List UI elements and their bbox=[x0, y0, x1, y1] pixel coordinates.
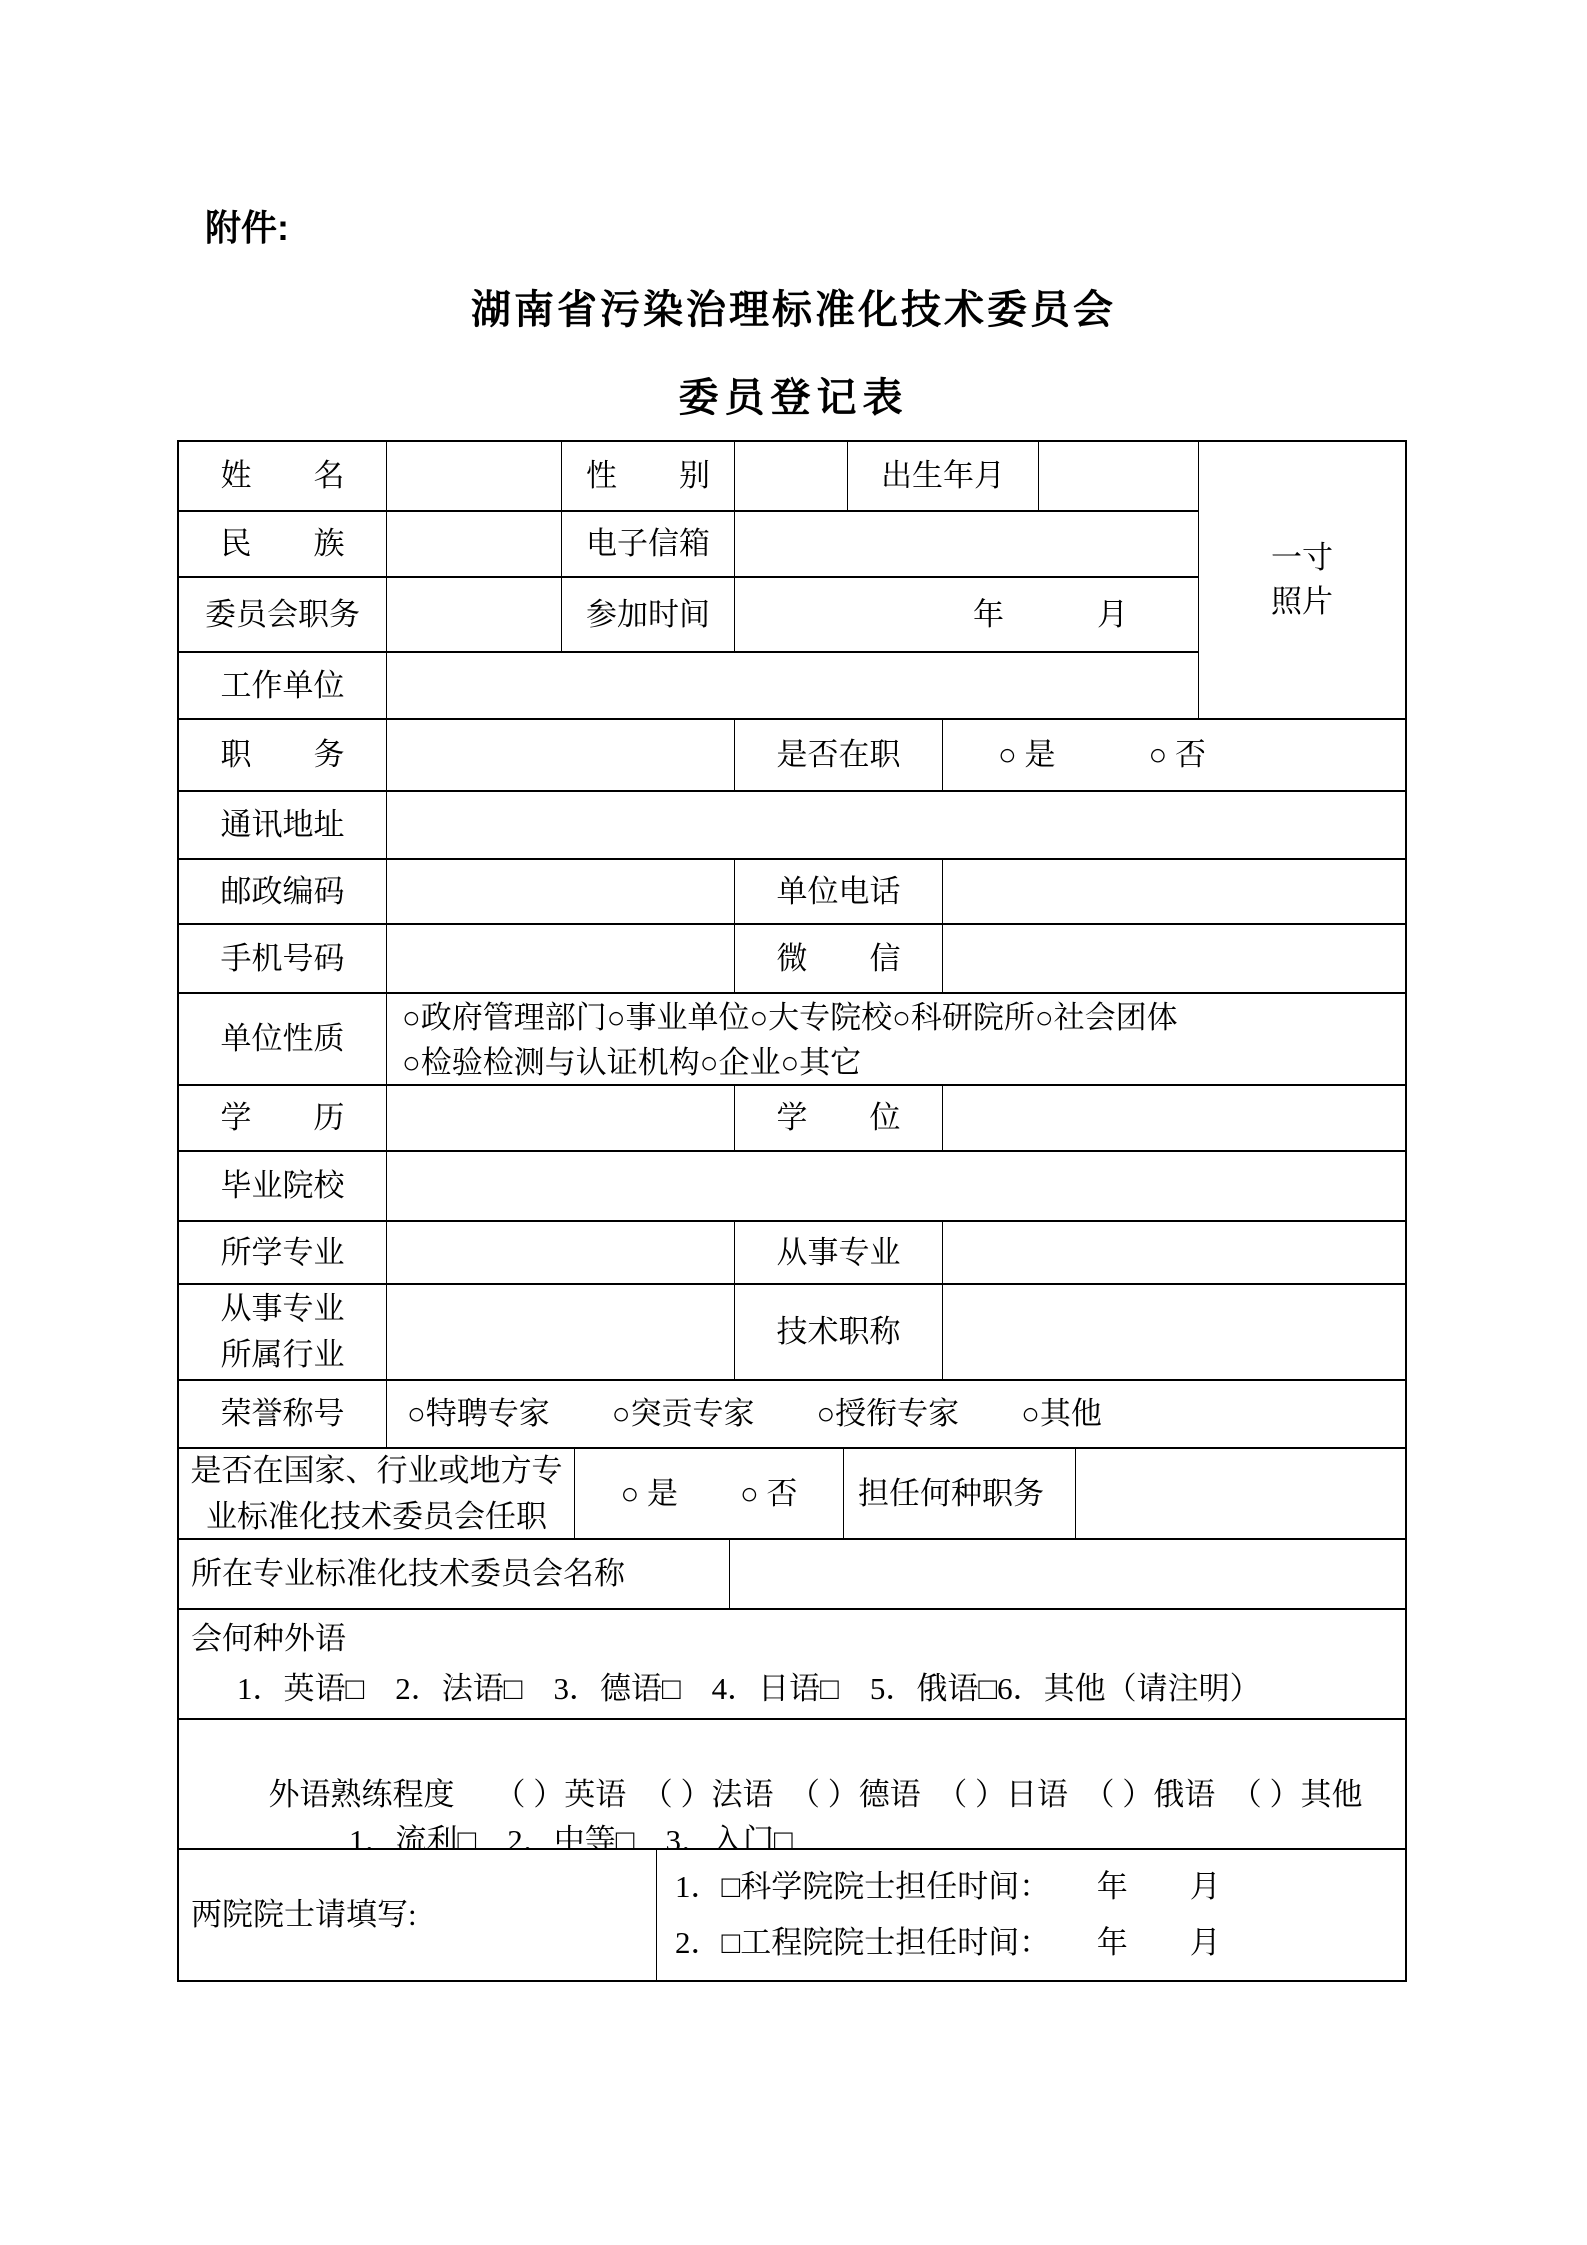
gender-value-cell bbox=[734, 442, 847, 510]
join-time-label: 参加时间 bbox=[561, 578, 734, 651]
table-row-academician: 两院院士请填写: 1．□科学院院士担任时间： 年 月 2．□工程院院士担任时间：… bbox=[179, 1850, 1405, 1980]
tc-post-value-cell bbox=[1075, 1449, 1405, 1538]
table-row-major: 所学专业 从事专业 bbox=[179, 1222, 1405, 1285]
top-left-rows: 姓 名 性 别 出生年月 民 族 电子信箱 委员会职务 参加时间 bbox=[179, 442, 1198, 718]
mobile-value-cell bbox=[386, 925, 734, 992]
table-row-honor: 荣誉称号 ○特聘专家 ○突贡专家 ○授衔专家 ○其他 bbox=[179, 1381, 1405, 1449]
degree-value-cell bbox=[942, 1086, 1405, 1150]
tc-post-label: 担任何种职务 bbox=[843, 1449, 1075, 1538]
ethnic-value-cell bbox=[386, 512, 561, 576]
table-row-education: 学 历 学 位 bbox=[179, 1086, 1405, 1152]
address-label: 通讯地址 bbox=[179, 792, 386, 858]
unit-type-label: 单位性质 bbox=[179, 994, 386, 1084]
postcode-label: 邮政编码 bbox=[179, 860, 386, 923]
proficiency-levels: 1．流利□ 2．中等□ 3．入门□ bbox=[179, 1816, 1405, 1848]
proficiency-options: （ ）英语 （ ）法语 （ ）德语 （ ）日语 （ ）俄语 （ ）其他 bbox=[495, 1777, 1363, 1812]
school-label: 毕业院校 bbox=[179, 1152, 386, 1220]
page-title: 湖南省污染治理标准化技术委员会 bbox=[0, 288, 1587, 332]
table-top-section: 姓 名 性 别 出生年月 民 族 电子信箱 委员会职务 参加时间 bbox=[179, 442, 1405, 720]
committee-post-value-cell bbox=[386, 578, 561, 651]
tc-member-label-line2: 业标准化技术委员会任职 bbox=[206, 1494, 547, 1539]
education-value-cell bbox=[386, 1086, 734, 1150]
photo-text-line1: 一寸 bbox=[1271, 536, 1333, 580]
engaged-major-value-cell bbox=[942, 1222, 1405, 1283]
unit-phone-value-cell bbox=[942, 860, 1405, 923]
table-row-mobile: 手机号码 微 信 bbox=[179, 925, 1405, 994]
tc-member-label: 是否在国家、行业或地方专 业标准化技术委员会任职 bbox=[179, 1449, 574, 1538]
school-value-cell bbox=[386, 1152, 1405, 1220]
post-label: 职 务 bbox=[179, 720, 386, 790]
wechat-label: 微 信 bbox=[734, 925, 942, 992]
major-label: 所学专业 bbox=[179, 1222, 386, 1283]
industry-label: 从事专业 所属行业 bbox=[179, 1285, 386, 1379]
name-value-cell bbox=[386, 442, 561, 510]
table-row-industry: 从事专业 所属行业 技术职称 bbox=[179, 1285, 1405, 1381]
mobile-label: 手机号码 bbox=[179, 925, 386, 992]
wechat-value-cell bbox=[942, 925, 1405, 992]
table-row-languages: 会何种外语 1．英语□ 2．法语□ 3．德语□ 4．日语□ 5．俄语□6．其他（… bbox=[179, 1610, 1405, 1720]
table-row-tc-member: 是否在国家、行业或地方专 业标准化技术委员会任职 ○ 是 ○ 否 担任何种职务 bbox=[179, 1449, 1405, 1540]
ethnic-label: 民 族 bbox=[179, 512, 386, 576]
tc-member-options: ○ 是 ○ 否 bbox=[574, 1449, 843, 1538]
languages-cell: 会何种外语 1．英语□ 2．法语□ 3．德语□ 4．日语□ 5．俄语□6．其他（… bbox=[179, 1610, 1405, 1718]
table-row-work-unit: 工作单位 bbox=[179, 653, 1198, 718]
email-value-cell bbox=[734, 512, 1198, 576]
tc-member-label-line1: 是否在国家、行业或地方专 bbox=[191, 1449, 563, 1494]
table-row-post: 职 务 是否在职 ○ 是 ○ 否 bbox=[179, 720, 1405, 792]
table-row-address: 通讯地址 bbox=[179, 792, 1405, 860]
name-label: 姓 名 bbox=[179, 442, 386, 510]
photo-text-line2: 照片 bbox=[1271, 580, 1333, 624]
birth-label: 出生年月 bbox=[847, 442, 1038, 510]
degree-label: 学 位 bbox=[734, 1086, 942, 1150]
proficiency-label: 外语熟练程度 bbox=[269, 1777, 455, 1812]
document-page: 附件: 湖南省污染治理标准化技术委员会 委员登记表 姓 名 性 别 出生年月 民… bbox=[0, 0, 1587, 2245]
employed-label: 是否在职 bbox=[734, 720, 942, 790]
photo-placeholder-cell: 一寸 照片 bbox=[1198, 442, 1405, 718]
table-row-name: 姓 名 性 别 出生年月 bbox=[179, 442, 1198, 512]
industry-label-line1: 从事专业 bbox=[221, 1286, 345, 1332]
languages-label: 会何种外语 bbox=[179, 1614, 1405, 1664]
unit-type-options: ○政府管理部门○事业单位○大专院校○科研院所○社会团体 ○检验检测与认证机构○企… bbox=[386, 994, 1405, 1084]
engaged-major-label: 从事专业 bbox=[734, 1222, 942, 1283]
tech-title-label: 技术职称 bbox=[734, 1285, 942, 1379]
table-row-committee-post: 委员会职务 参加时间 年 月 bbox=[179, 578, 1198, 653]
address-value-cell bbox=[386, 792, 1405, 858]
industry-label-line2: 所属行业 bbox=[221, 1332, 345, 1378]
gender-label: 性 别 bbox=[561, 442, 734, 510]
table-row-proficiency: 外语熟练程度（ ）英语 （ ）法语 （ ）德语 （ ）日语 （ ）俄语 （ ）其… bbox=[179, 1720, 1405, 1850]
unit-type-options-line2: ○检验检测与认证机构○企业○其它 bbox=[402, 1039, 1405, 1084]
honor-options: ○特聘专家 ○突贡专家 ○授衔专家 ○其他 bbox=[386, 1381, 1405, 1447]
honor-label: 荣誉称号 bbox=[179, 1381, 386, 1447]
table-row-postcode: 邮政编码 单位电话 bbox=[179, 860, 1405, 925]
education-label: 学 历 bbox=[179, 1086, 386, 1150]
academician-content: 1．□科学院院士担任时间： 年 月 2．□工程院院士担任时间： 年 月 bbox=[656, 1850, 1405, 1980]
major-value-cell bbox=[386, 1222, 734, 1283]
industry-value-cell bbox=[386, 1285, 734, 1379]
registration-table: 姓 名 性 别 出生年月 民 族 电子信箱 委员会职务 参加时间 bbox=[177, 440, 1407, 1982]
committee-post-label: 委员会职务 bbox=[179, 578, 386, 651]
join-time-value-cell: 年 月 bbox=[734, 578, 1198, 651]
unit-type-options-line1: ○政府管理部门○事业单位○大专院校○科研院所○社会团体 bbox=[402, 994, 1405, 1039]
work-unit-value-cell bbox=[386, 653, 1198, 718]
email-label: 电子信箱 bbox=[561, 512, 734, 576]
postcode-value-cell bbox=[386, 860, 734, 923]
tech-title-value-cell bbox=[942, 1285, 1405, 1379]
tc-name-label: 所在专业标准化技术委员会名称 bbox=[179, 1540, 729, 1608]
birth-value-cell bbox=[1038, 442, 1198, 510]
employed-options: ○ 是 ○ 否 bbox=[942, 720, 1405, 790]
proficiency-line1: 外语熟练程度（ ）英语 （ ）法语 （ ）德语 （ ）日语 （ ）俄语 （ ）其… bbox=[179, 1720, 1405, 1816]
academician-line1: 1．□科学院院士担任时间： 年 月 bbox=[675, 1859, 1405, 1915]
languages-options: 1．英语□ 2．法语□ 3．德语□ 4．日语□ 5．俄语□6．其他（请注明） bbox=[179, 1664, 1405, 1714]
post-value-cell bbox=[386, 720, 734, 790]
tc-name-value-cell bbox=[729, 1540, 1405, 1608]
work-unit-label: 工作单位 bbox=[179, 653, 386, 718]
unit-phone-label: 单位电话 bbox=[734, 860, 942, 923]
table-row-tc-name: 所在专业标准化技术委员会名称 bbox=[179, 1540, 1405, 1610]
attachment-label: 附件: bbox=[205, 208, 289, 248]
table-row-ethnic: 民 族 电子信箱 bbox=[179, 512, 1198, 578]
academician-label: 两院院士请填写: bbox=[179, 1850, 656, 1980]
academician-line2: 2．□工程院院士担任时间： 年 月 bbox=[675, 1915, 1405, 1971]
table-row-unit-type: 单位性质 ○政府管理部门○事业单位○大专院校○科研院所○社会团体 ○检验检测与认… bbox=[179, 994, 1405, 1086]
page-subtitle: 委员登记表 bbox=[0, 376, 1587, 420]
table-row-school: 毕业院校 bbox=[179, 1152, 1405, 1222]
proficiency-cell: 外语熟练程度（ ）英语 （ ）法语 （ ）德语 （ ）日语 （ ）俄语 （ ）其… bbox=[179, 1720, 1405, 1848]
